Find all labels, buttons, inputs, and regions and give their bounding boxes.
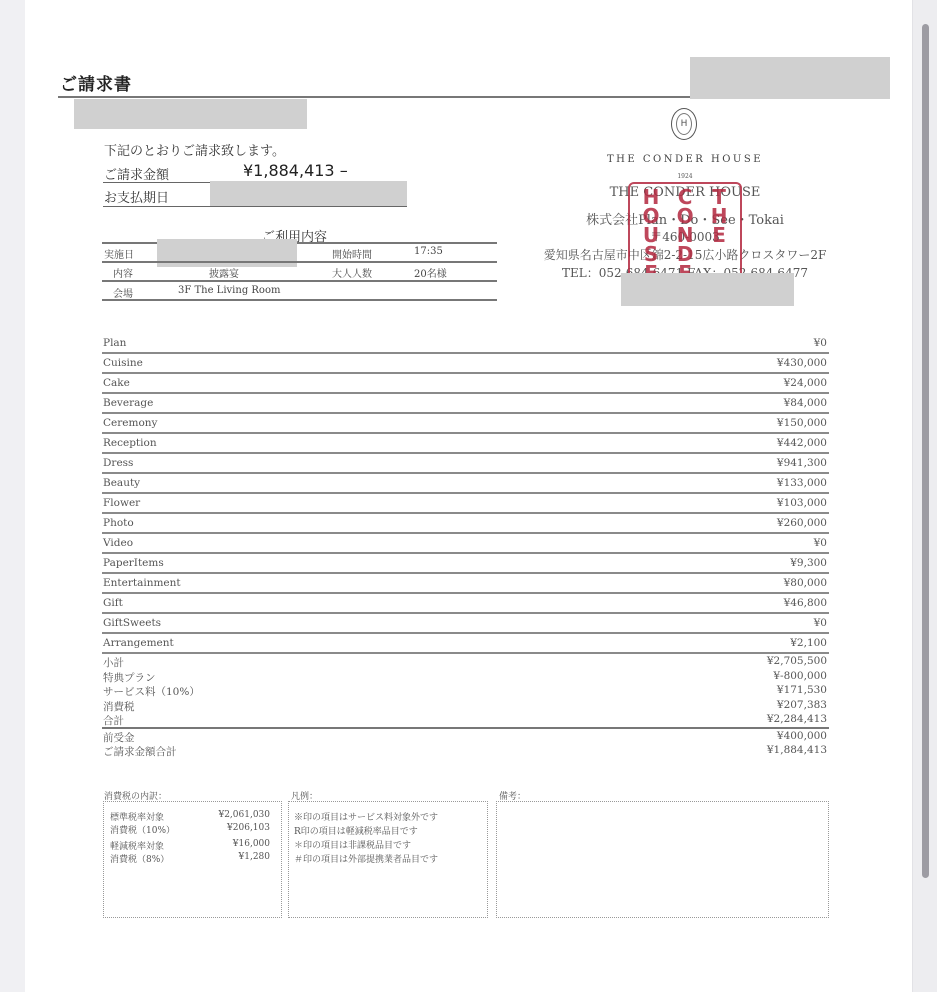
summary-row: 合計¥2,284,413 (102, 712, 829, 729)
usage-guests-value: 20名様 (414, 265, 447, 280)
amount-value: ¥1,884,413 – (243, 161, 348, 180)
due-date-label: お支払期日 (104, 187, 169, 206)
line-item-label: Flower (103, 497, 140, 509)
summary-row: 前受金¥400,000 (102, 729, 829, 744)
summary-row: 小計¥2,705,500 (102, 654, 829, 669)
summary-row: 消費税¥207,383 (102, 698, 829, 713)
usage-date-label: 実施日 (104, 246, 134, 261)
summary-label: 合計 (103, 713, 124, 728)
summary-value: ¥-800,000 (773, 670, 827, 682)
line-item-label: Photo (103, 517, 134, 529)
line-item-value: ¥24,000 (784, 377, 827, 389)
line-item-row: Video¥0 (102, 534, 829, 554)
line-item-value: ¥150,000 (777, 417, 827, 429)
line-item-value: ¥0 (814, 337, 827, 349)
line-item-row: Photo¥260,000 (102, 514, 829, 534)
summary-row: 特典プラン¥-800,000 (102, 669, 829, 684)
line-item-label: Cuisine (103, 357, 143, 369)
line-item-label: GiftSweets (103, 617, 161, 629)
usage-venue-value: 3F The Living Room (178, 285, 280, 296)
stamp-column: THE (711, 188, 728, 280)
line-item-row: Ceremony¥150,000 (102, 414, 829, 434)
legend-row: R印の項目は軽減税率品目です (294, 824, 418, 837)
brand-name: THE CONDER HOUSE (560, 154, 810, 165)
document-title: ご請求書 (60, 70, 132, 95)
remarks-box (496, 801, 829, 918)
line-item-value: ¥133,000 (777, 477, 827, 489)
amount-label: ご請求金額 (104, 164, 169, 183)
line-item-label: Gift (103, 597, 123, 609)
line-item-value: ¥430,000 (777, 357, 827, 369)
legend-row: ※印の項目はサービス料対象外です (294, 810, 438, 823)
intro-text: 下記のとおりご請求致します。 (104, 140, 285, 159)
line-item-label: Reception (103, 437, 157, 449)
summary-value: ¥171,530 (777, 684, 827, 696)
line-item-value: ¥442,000 (777, 437, 827, 449)
tax-row-label: 消費税（10%） (110, 823, 175, 836)
redacted-block (690, 57, 890, 99)
usage-guests-label: 大人人数 (332, 265, 372, 280)
stamp-column: CONDER (677, 188, 694, 280)
line-item-row: GiftSweets¥0 (102, 614, 829, 634)
tax-row-label: 消費税（8%） (110, 852, 169, 865)
summary-label: ご請求金額合計 (103, 744, 177, 759)
line-item-row: Cuisine¥430,000 (102, 354, 829, 374)
line-item-label: Plan (103, 337, 126, 349)
legend-row: ＃印の項目は外部提携業者品目です (294, 852, 438, 865)
line-item-label: PaperItems (103, 557, 164, 569)
line-item-label: Beauty (103, 477, 140, 489)
line-item-value: ¥103,000 (777, 497, 827, 509)
usage-venue-label: 会場 (113, 285, 133, 300)
legend-row: ＊印の項目は非課税品目です (294, 838, 411, 851)
summary-value: ¥2,284,413 (767, 713, 827, 725)
usage-rule (102, 299, 497, 301)
stamp-column: HOUSE (643, 188, 660, 280)
line-item-row: Cake¥24,000 (102, 374, 829, 394)
usage-rule (102, 261, 497, 263)
summary-value: ¥2,705,500 (767, 655, 827, 667)
line-item-row: Beverage¥84,000 (102, 394, 829, 414)
redacted-issuer-info (621, 273, 794, 306)
line-item-row: PaperItems¥9,300 (102, 554, 829, 574)
line-items-table: Plan¥0Cuisine¥430,000Cake¥24,000Beverage… (102, 334, 829, 758)
line-item-value: ¥9,300 (790, 557, 827, 569)
usage-start-time-value: 17:35 (414, 246, 443, 257)
redacted-recipient (74, 99, 307, 129)
line-item-value: ¥941,300 (777, 457, 827, 469)
tax-row-value: ¥2,061,030 (218, 810, 270, 820)
summary-value: ¥207,383 (777, 699, 827, 711)
line-item-row: Plan¥0 (102, 334, 829, 354)
tax-row-label: 標準税率対象 (110, 810, 164, 823)
line-item-row: Gift¥46,800 (102, 594, 829, 614)
line-item-row: Flower¥103,000 (102, 494, 829, 514)
line-item-value: ¥80,000 (784, 577, 827, 589)
line-item-label: Arrangement (103, 637, 174, 649)
line-item-value: ¥0 (814, 537, 827, 549)
line-item-value: ¥2,100 (790, 637, 827, 649)
summary-value: ¥1,884,413 (767, 744, 827, 756)
usage-rule (102, 280, 497, 282)
line-item-value: ¥260,000 (777, 517, 827, 529)
scrollbar-thumb[interactable] (922, 24, 929, 878)
due-date-underline (103, 206, 407, 207)
line-item-row: Beauty¥133,000 (102, 474, 829, 494)
usage-content-value: 披露宴 (209, 265, 239, 280)
redacted-due-date (210, 181, 407, 206)
line-item-label: Dress (103, 457, 133, 469)
summary-row: サービス料（10%）¥171,530 (102, 683, 829, 698)
line-item-label: Video (103, 537, 133, 549)
summary-value: ¥400,000 (777, 730, 827, 742)
line-item-row: Arrangement¥2,100 (102, 634, 829, 654)
line-item-label: Ceremony (103, 417, 157, 429)
crest-monogram-icon: H (671, 108, 697, 140)
usage-content-label: 内容 (113, 265, 133, 280)
line-item-value: ¥84,000 (784, 397, 827, 409)
usage-start-time-label: 開始時間 (332, 246, 372, 261)
line-item-label: Beverage (103, 397, 153, 409)
tax-row-value: ¥206,103 (227, 823, 270, 833)
line-item-row: Reception¥442,000 (102, 434, 829, 454)
brand-year: 1924 (560, 173, 810, 180)
tax-row-value: ¥1,280 (239, 852, 271, 862)
line-item-row: Entertainment¥80,000 (102, 574, 829, 594)
company-seal-stamp: THECONDERHOUSE (628, 182, 742, 282)
tax-row-value: ¥16,000 (233, 839, 270, 849)
line-item-value: ¥0 (814, 617, 827, 629)
line-item-row: Dress¥941,300 (102, 454, 829, 474)
tax-row-label: 軽減税率対象 (110, 839, 164, 852)
line-item-label: Entertainment (103, 577, 181, 589)
line-item-label: Cake (103, 377, 130, 389)
line-item-value: ¥46,800 (784, 597, 827, 609)
summary-row: ご請求金額合計¥1,884,413 (102, 743, 829, 758)
